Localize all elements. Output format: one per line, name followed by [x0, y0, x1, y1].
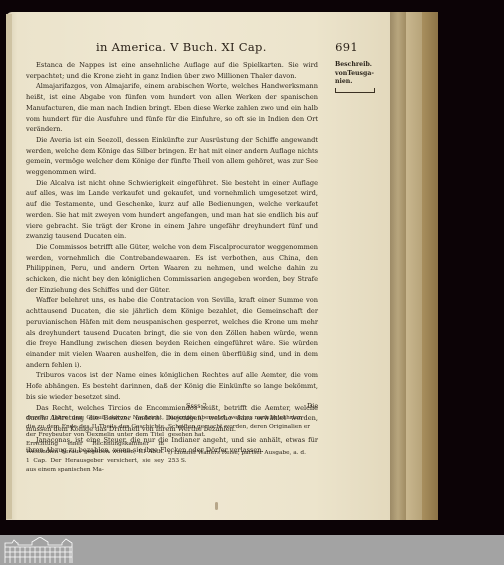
- footnote-left-column: dreyßig Jahre den Genuß davon. Nachricht…: [26, 414, 164, 474]
- book-cover-edge: [422, 12, 438, 520]
- paragraph: Almajarifazgos, von Almajarife, einem ar…: [26, 81, 318, 135]
- paragraph: Die Commissos betrifft alle Güter, welch…: [26, 242, 318, 296]
- page-number: 691: [335, 40, 358, 54]
- paragraph: Die Alcalva ist nicht ohne Schwierigkeit…: [26, 178, 318, 242]
- margin-note-line: nien.: [335, 78, 387, 87]
- paper-stain: [215, 502, 218, 510]
- page-fore-edge: [406, 12, 422, 520]
- running-header: in America. V Buch. XI Cap. 691: [96, 40, 346, 54]
- body-text: Estanca de Nappes ist eine ansehnliche A…: [26, 60, 318, 456]
- paragraph: Waffer belehret uns, es habe die Contrat…: [26, 295, 318, 370]
- brace-icon: [335, 88, 375, 93]
- margin-note-line: vonTeusga-: [335, 70, 387, 79]
- paragraph: Estanca de Nappes ist eine ansehnliche A…: [26, 60, 318, 81]
- paragraph: Die Averia ist ein Seezoll, dessen Einkü…: [26, 135, 318, 178]
- library-building-logo-icon: [4, 537, 74, 563]
- paragraph: Triburos vacos ist der Name eines königl…: [26, 370, 318, 402]
- signature-mark: Ssss 2: [186, 402, 207, 410]
- footnote-continuation: nuscripte übersetzt, welches nach bewähr…: [168, 414, 318, 440]
- page-gutter: [6, 14, 12, 519]
- margin-note-line: Beschreib.: [335, 61, 387, 70]
- page-fore-edge: [390, 12, 406, 520]
- running-title: in America. V Buch. XI Cap.: [96, 40, 267, 54]
- footnote-right-column: nuscripte übersetzt, welches nach bewähr…: [168, 414, 318, 466]
- margin-note: Beschreib. vonTeusga- nien.: [335, 61, 387, 93]
- footnote-i: i) Lionnel Waffers Reise, pariser Ausgab…: [168, 449, 318, 466]
- catchword: Die: [307, 402, 318, 410]
